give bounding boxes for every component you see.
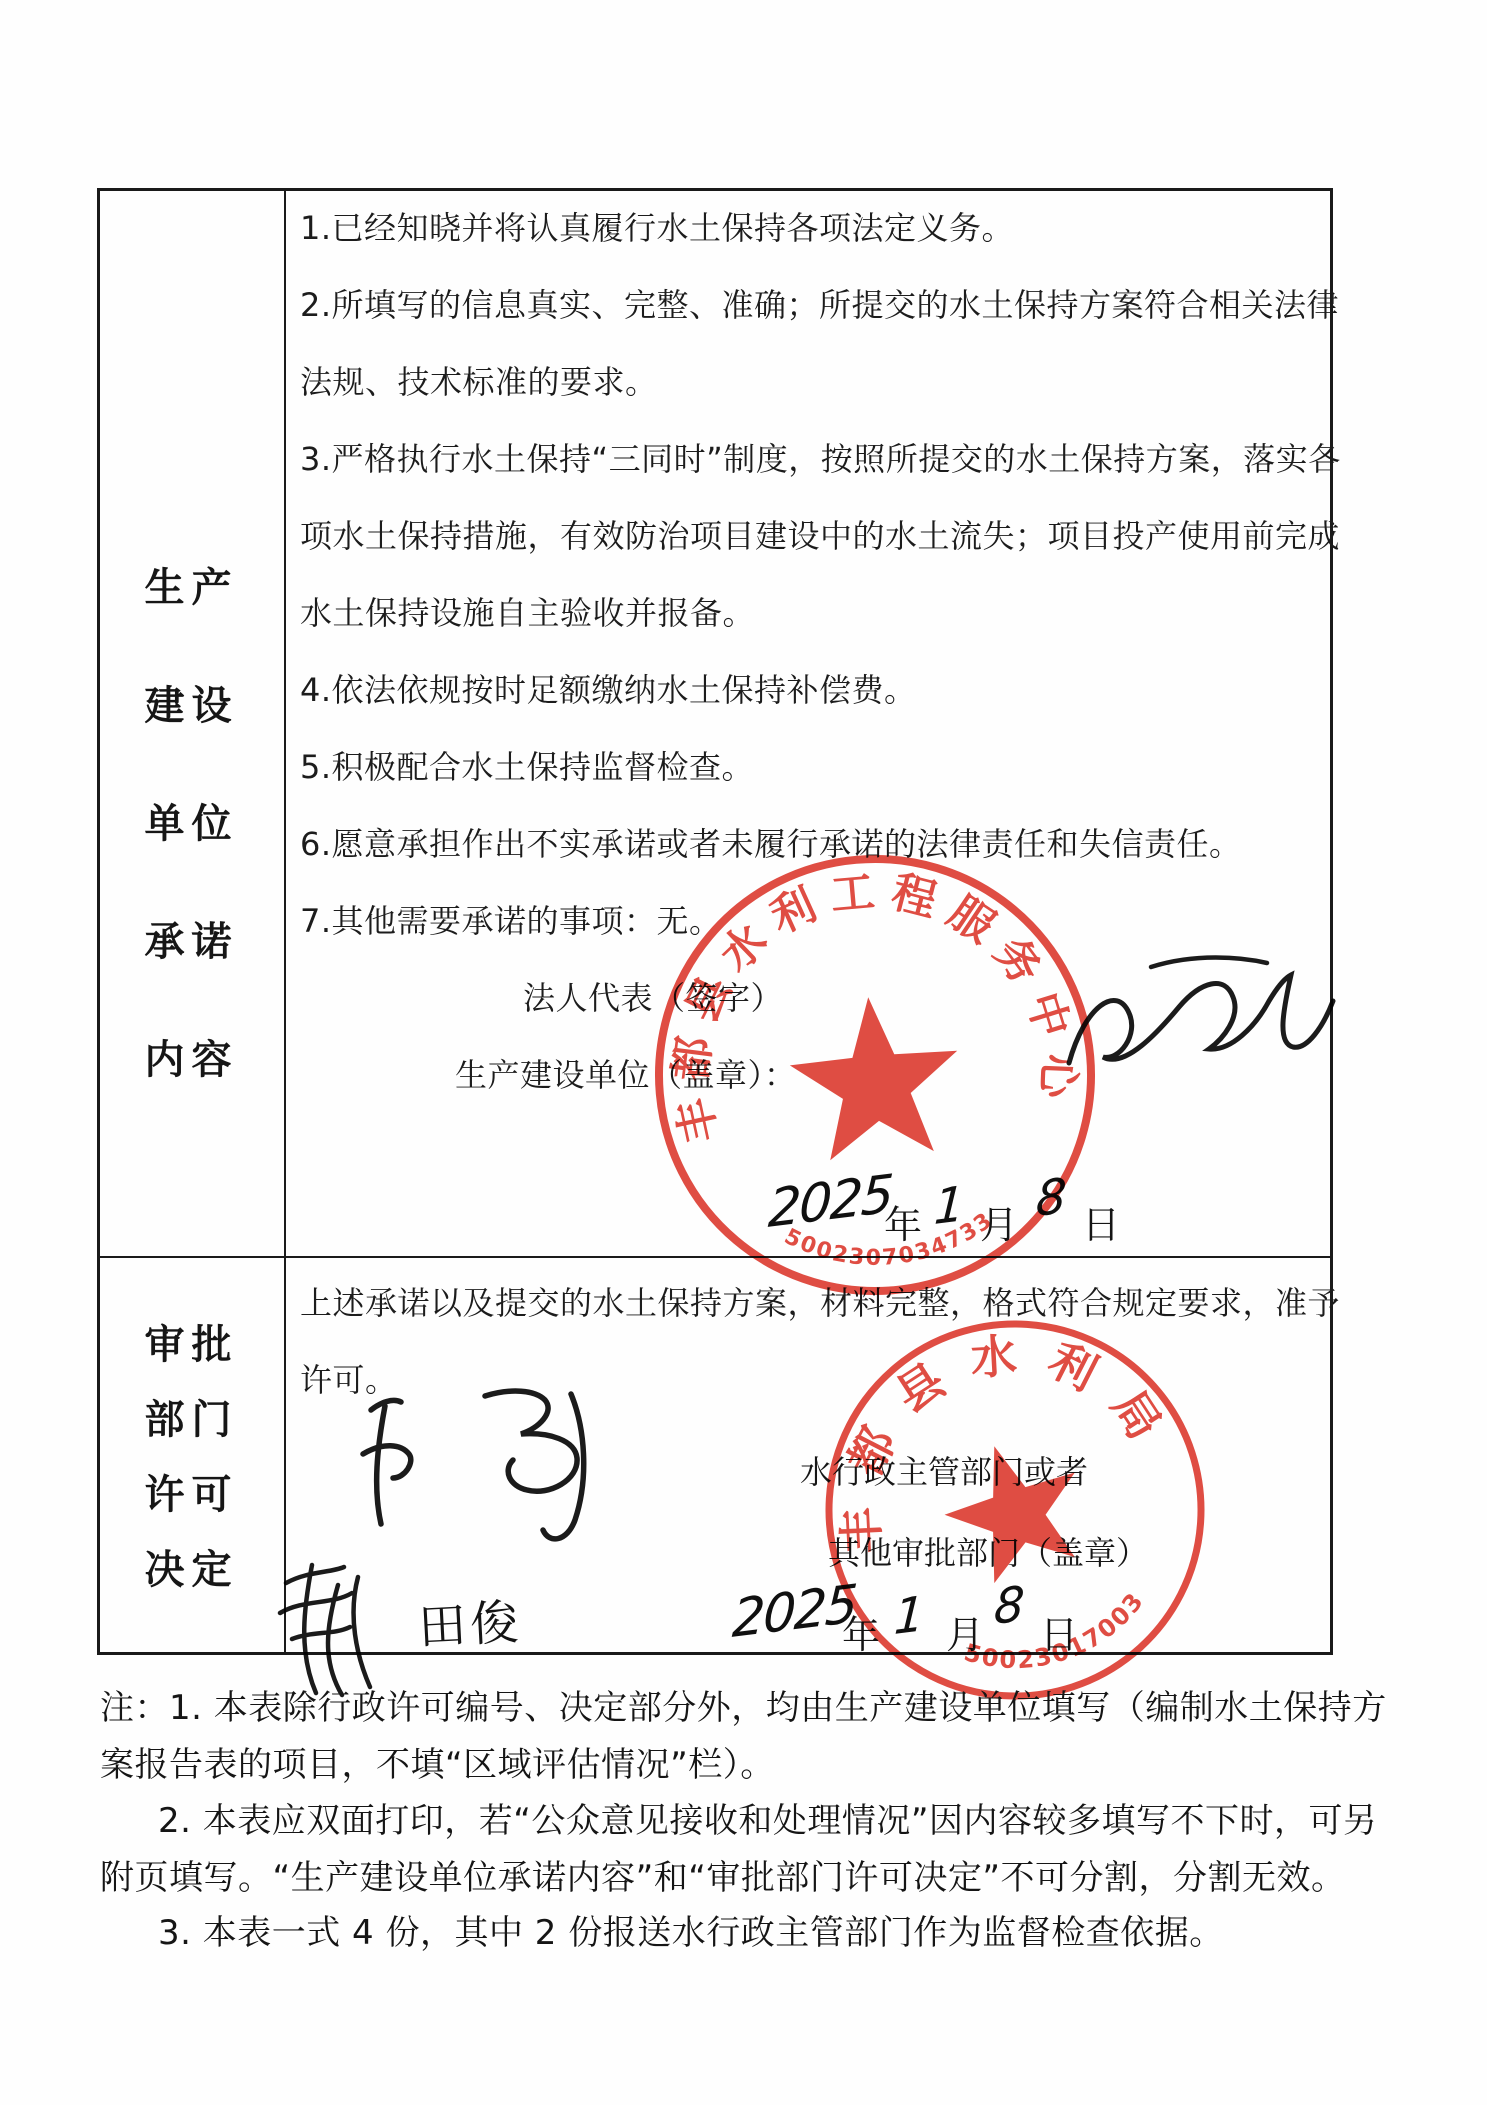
commitment-line: 法规、技术标准的要求。 [300,344,1330,421]
commitment-line: 水土保持设施自主验收并报备。 [300,575,1330,652]
commitment-line: 1.已经知晓并将认真履行水土保持各项法定义务。 [300,190,1330,267]
row1-label-line: 建设 [99,674,284,731]
signature-scribble-icon [335,1358,655,1553]
commitment-line: 项水土保持措施，有效防治项目建设中的水土流失；项目投产使用前完成 [300,498,1330,575]
note-line: 注：1. 本表除行政许可编号、决定部分外，均由生产建设单位填写（编制水土保持方 [100,1680,1390,1729]
star-icon [929,1425,1100,1591]
row2-label-line: 决定 [99,1538,284,1595]
star-icon [785,990,966,1163]
row2-label-line: 审批 [99,1313,284,1370]
legal-representative-signature [1055,935,1345,1119]
commitment-line: 3.严格执行水土保持“三同时”制度，按照所提交的水土保持方案，落实各 [300,421,1330,498]
row1-label-line: 承诺 [99,910,284,967]
scanned-form-page: 生产 建设 单位 承诺 内容 1.已经知晓并将认真履行水土保持各项法定义务。 2… [0,0,1487,2105]
official-seal-construction-unit: 丰都县水利工程服务中心 5002307034733 [626,826,1124,1324]
row1-label-line: 生产 [99,556,284,613]
commitment-line: 5.积极配合水土保持监督检查。 [300,729,1330,806]
note-line: 2. 本表应双面打印，若“公众意见接收和处理情况”因内容较多填写不下时，可另 [100,1793,1390,1842]
row1-label-line: 单位 [99,792,284,849]
signature-scribble-icon [1055,935,1345,1115]
row2-label-line: 许可 [99,1463,284,1520]
commitment-line: 2.所填写的信息真实、完整、准确；所提交的水土保持方案符合相关法律 [300,267,1330,344]
approver-signature-large [335,1358,655,1557]
commitment-line: 4.依法依规按时足额缴纳水土保持补偿费。 [300,652,1330,729]
row2-label-line: 部门 [99,1388,284,1445]
official-seal-icon: 丰都县水利工程服务中心 5002307034733 [626,826,1124,1324]
note-line: 3. 本表一式 4 份，其中 2 份报送水行政主管部门作为监督检查依据。 [100,1905,1390,1954]
note-line: 附页填写。“生产建设单位承诺内容”和“审批部门许可决定”不可分割，分割无效。 [100,1850,1390,1899]
handwritten-approver-name: 田俊 [416,1583,523,1657]
row1-label-line: 内容 [99,1028,284,1085]
note-line: 案报告表的项目，不填“区域评估情况”栏）。 [100,1737,1390,1786]
table-column-divider [284,188,286,1655]
